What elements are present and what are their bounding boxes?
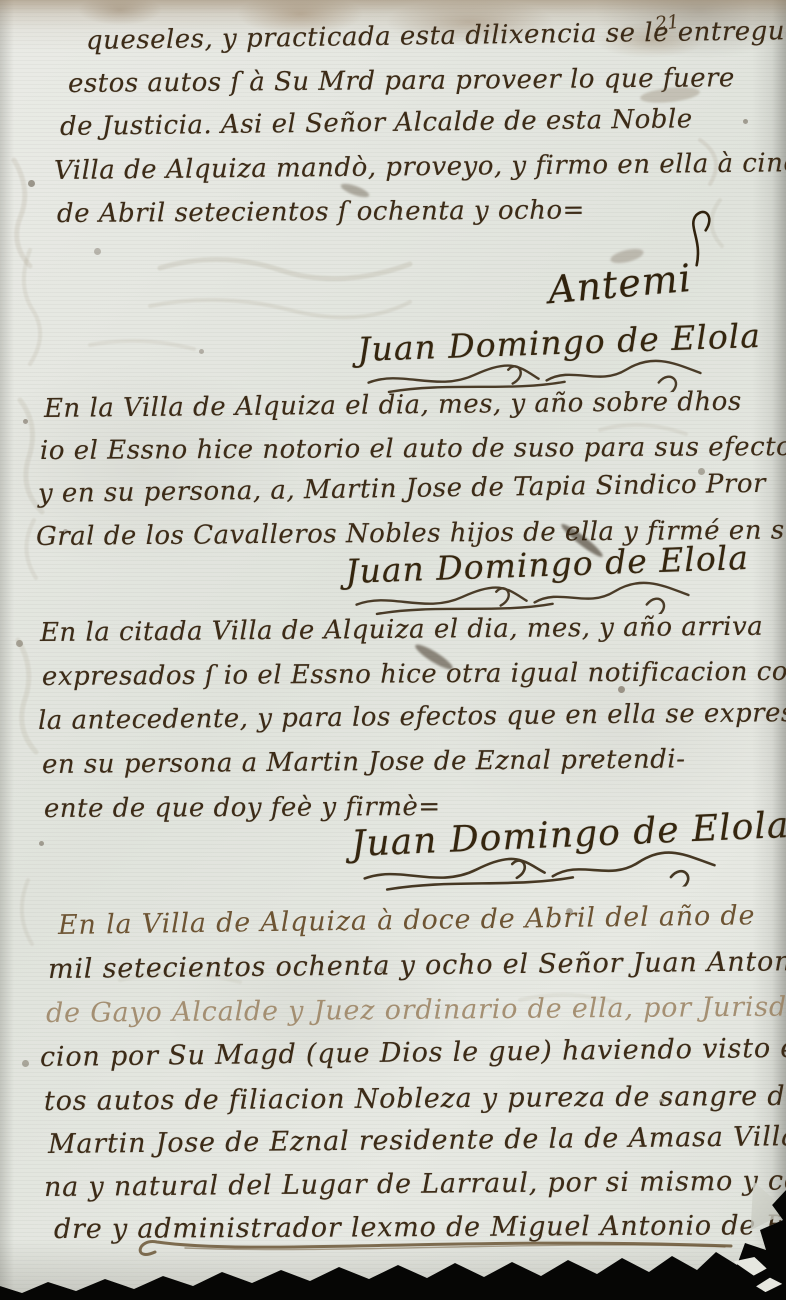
torn-paper-shard: [755, 1275, 783, 1294]
manuscript-line: io el Essno hice notorio el auto de suso…: [40, 434, 786, 464]
manuscript-line: expresados ſ io el Essno hice otra igual…: [42, 659, 786, 690]
manuscript-line: en su persona a Martin Jose de Eznal pre…: [42, 746, 686, 778]
manuscript-page: 21 queseles, y practicada esta dilixenci…: [0, 0, 786, 1300]
manuscript-line: ente de que doy feè y firmè=: [44, 794, 441, 822]
ink-specks: [0, 0, 3, 3]
manuscript-line: mil setecientos ochenta y ocho el Señor …: [48, 948, 786, 983]
manuscript-line: la antecedente, y para los efectos que e…: [38, 699, 786, 734]
manuscript-line: Martin Jose de Eznal residente de la de …: [48, 1123, 786, 1158]
manuscript-line: na y natural del Lugar de Larraul, por s…: [44, 1167, 786, 1201]
manuscript-line: tos autos de filiacion Nobleza y pureza …: [44, 1083, 786, 1115]
manuscript-scan: { "folio_number": "21", "paragraphs": [ …: [0, 0, 786, 1300]
manuscript-line: En la citada Villa de Alquiza el dia, me…: [40, 614, 763, 646]
manuscript-line: Villa de Alquiza mandò, proveyo, y firmo…: [54, 150, 786, 184]
manuscript-line: de Abril setecientos ſ ochenta y ocho=: [57, 197, 585, 227]
manuscript-line: de Justicia. Asi el Señor Alcalde de est…: [60, 106, 693, 140]
manuscript-line: de Gayo Alcalde y Juez ordinario de ella…: [46, 993, 786, 1027]
manuscript-line: En la Villa de Alquiza el dia, mes, y añ…: [44, 389, 742, 422]
manuscript-line: estos autos ſ à Su Mrd para proveer lo q…: [68, 65, 735, 97]
closing-underline-flourish: [125, 1230, 750, 1264]
